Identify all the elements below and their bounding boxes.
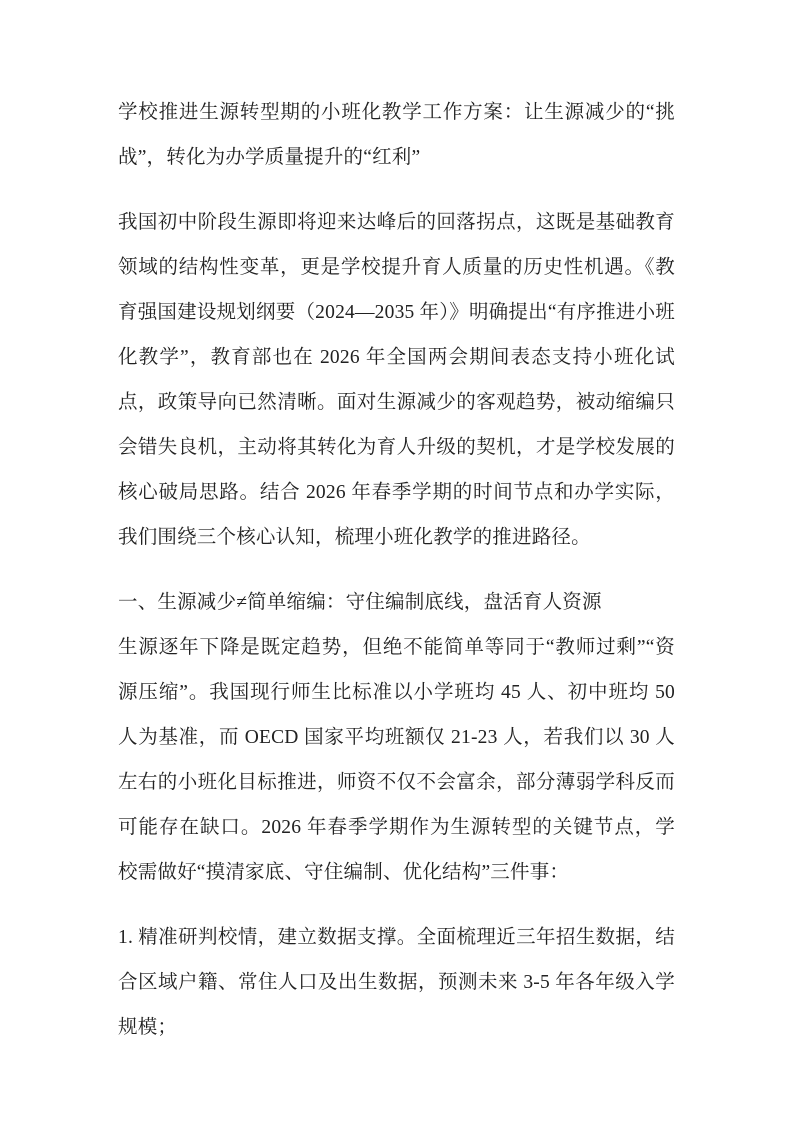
section-1-list-item-1: 1. 精准研判校情，建立数据支撑。全面梳理近三年招生数据，结合区域户籍、常住人口… [118,915,675,1050]
section-1-paragraph: 生源逐年下降是既定趋势，但绝不能简单等同于“教师过剩”“资源压缩”。我国现行师生… [118,625,675,895]
document-title: 学校推进生源转型期的小班化教学工作方案：让生源减少的“挑战”，转化为办学质量提升… [118,90,675,180]
intro-paragraph: 我国初中阶段生源即将迎来达峰后的回落拐点，这既是基础教育领域的结构性变革，更是学… [118,200,675,560]
document-page: 学校推进生源转型期的小班化教学工作方案：让生源减少的“挑战”，转化为办学质量提升… [0,0,793,1122]
section-1-heading: 一、生源减少≠简单缩编：守住编制底线，盘活育人资源 [118,580,675,625]
